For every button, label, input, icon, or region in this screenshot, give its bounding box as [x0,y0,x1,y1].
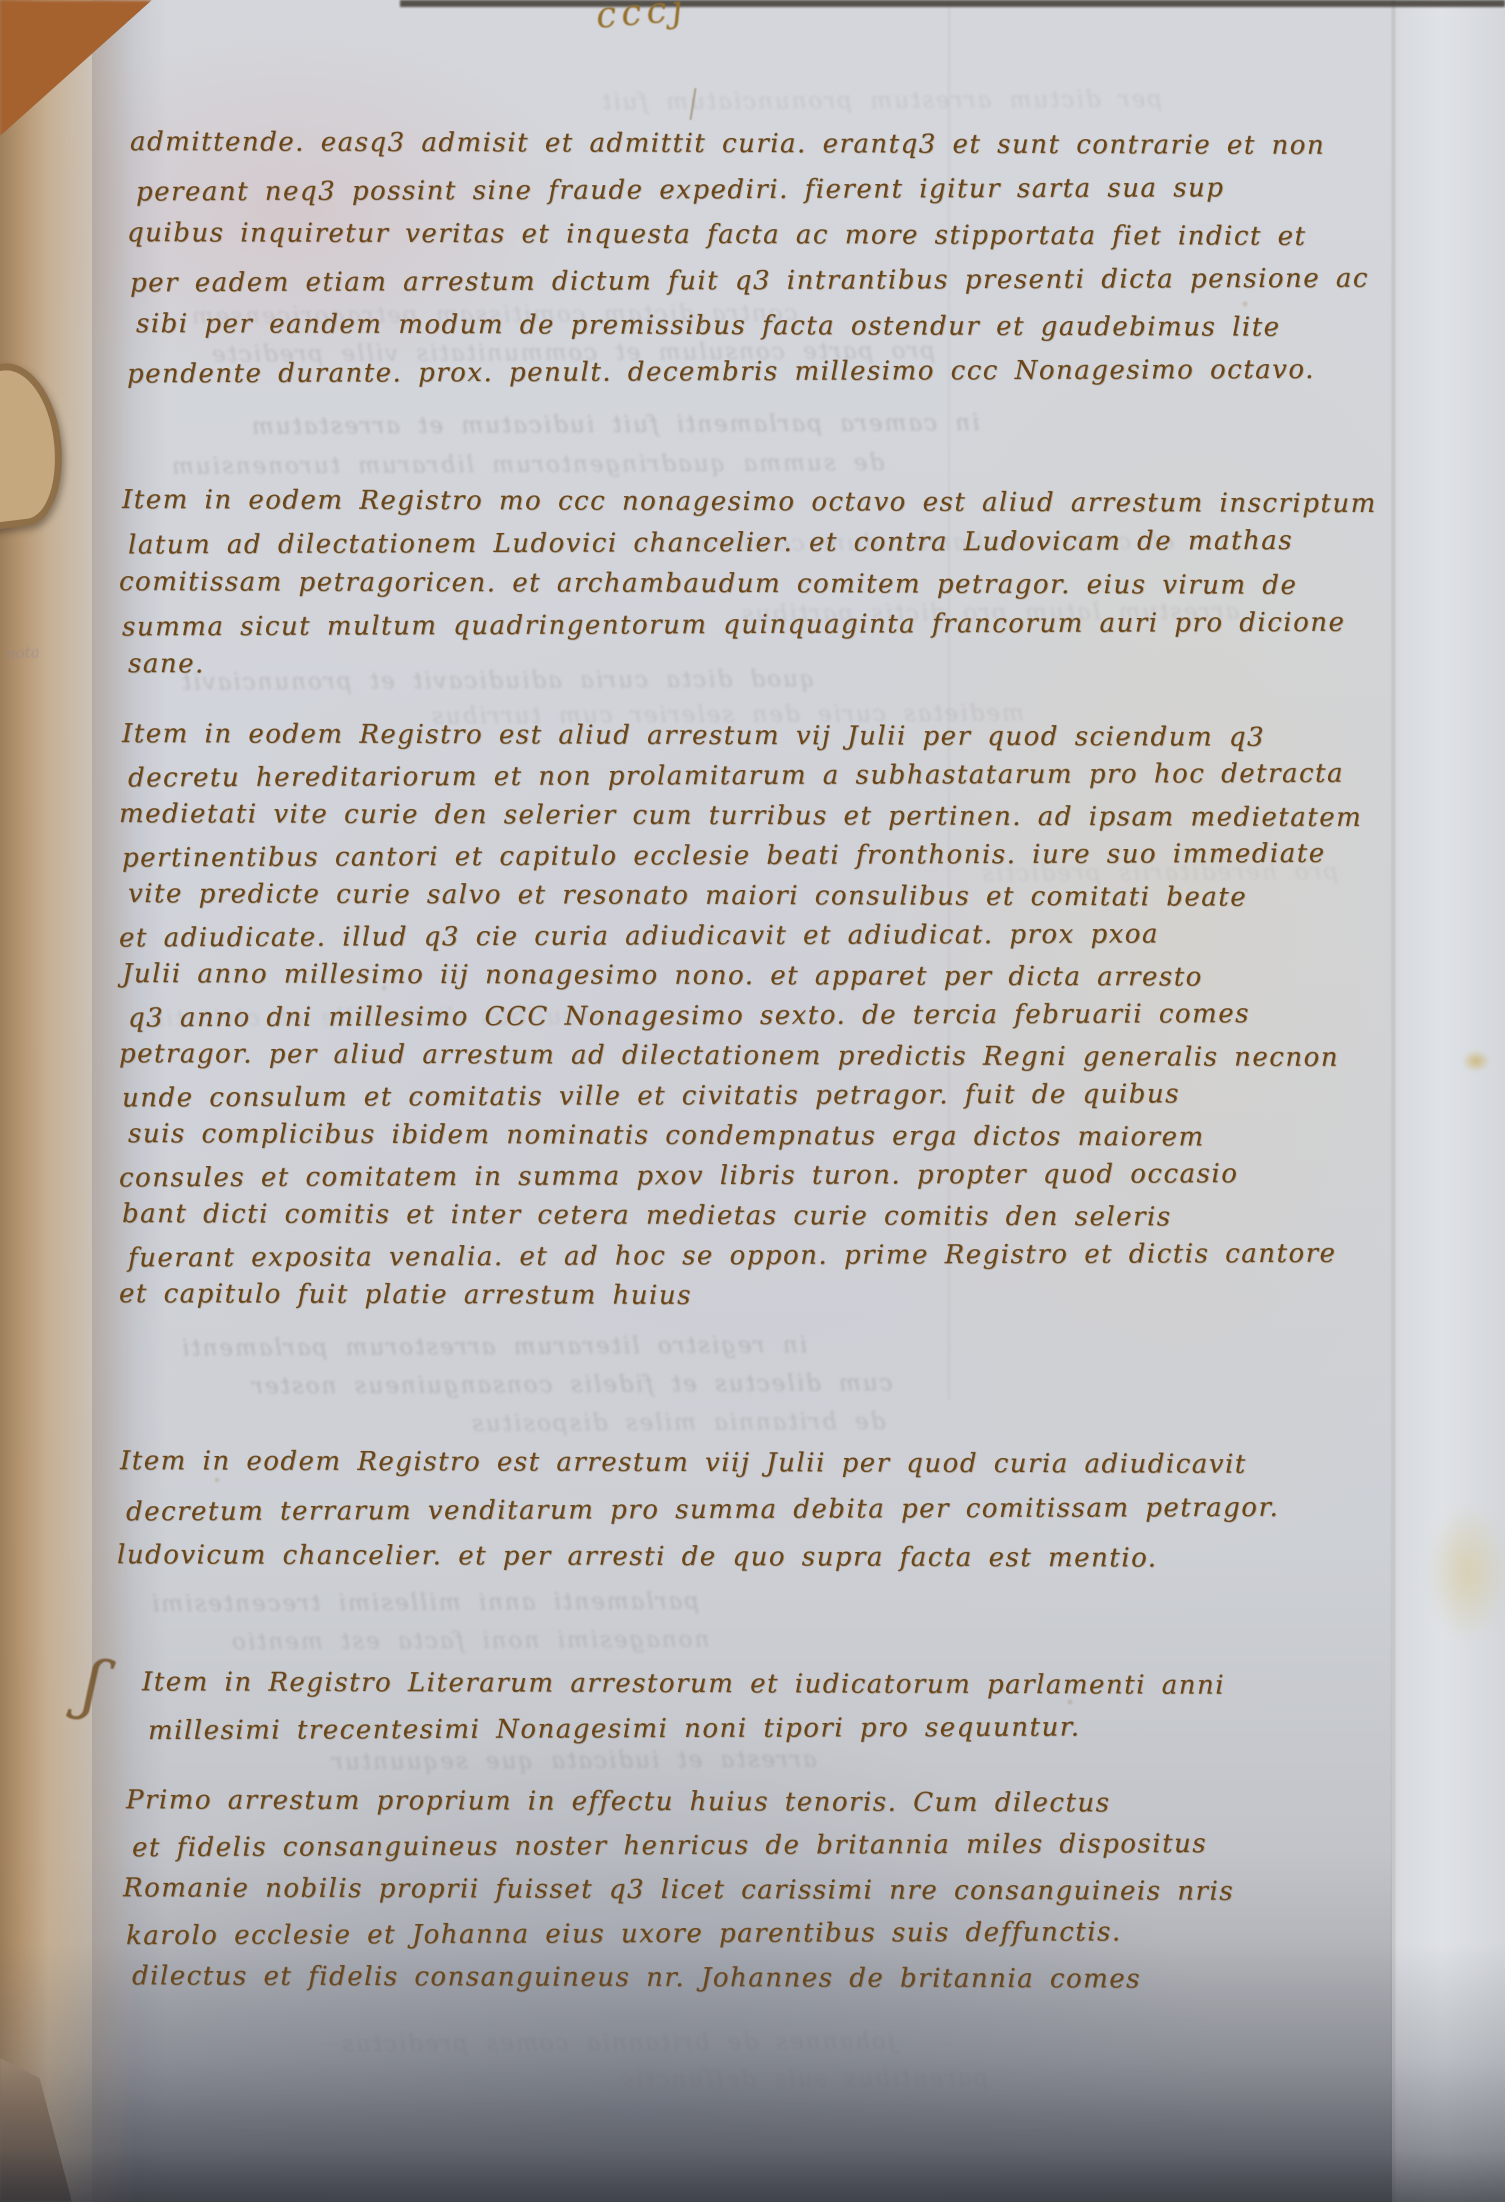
text-line: fuerant exposita venalia. et ad hoc se o… [128,1234,1362,1279]
paragraph: Item in Registro Literarum arrestorum et… [142,1662,1225,1752]
text-line: et adiudicate. illud q3 cie curia adiudi… [119,914,1362,959]
text-line: et capitulo fuit platie arrestum huius [119,1274,1362,1318]
text-line: pendente durante. prox. penult. decembri… [127,347,1369,397]
text-line: bant dicti comitis et inter cetera medie… [122,1194,1362,1238]
text-line: pertinentibus cantori et capitulo eccles… [122,834,1362,879]
text-line: sibi per eandem modum de premissibus fac… [136,302,1369,351]
text-line: consules et comitatem in summa pxov libr… [119,1154,1362,1199]
text-line: q3 anno dni millesimo CCC Nonagesimo sex… [128,994,1362,1039]
text-line: dilectus et fidelis consanguineus nr. Jo… [132,1954,1234,2001]
text-line: medietati vite curie den selerier cum tu… [119,794,1362,838]
text-block: admittende. easq3 admisit et admittit cu… [0,0,1505,2202]
paragraph: Item in eodem Registro est arrestum viij… [120,1440,1279,1581]
text-line: vite predicte curie salvo et resonato ma… [128,874,1362,918]
text-line: decretu hereditariorum et non prolamitar… [128,754,1362,799]
paper-stain-large [1428,1505,1505,1640]
text-line: ludovicum chancelier. et per arresti de … [117,1532,1279,1583]
text-line: Romanie nobilis proprii fuisset q3 licet… [123,1866,1234,1913]
text-line: unde consulum et comitatis ville et civi… [122,1074,1362,1119]
text-line: quibus inquiretur veritas et inquesta fa… [127,211,1369,260]
text-line: Item in eodem Registro mo ccc nonagesimo… [122,480,1377,525]
paragraph: Primo arrestum proprium in effectu huius… [126,1780,1234,2000]
text-line: et fidelis consanguineus noster henricus… [132,1822,1234,1870]
text-line: decretum terrarum venditarum pro summa d… [126,1485,1279,1536]
text-line: Julii anno millesimo iij nonagesimo nono… [122,954,1362,998]
text-line: petragor. per aliud arrestum ad dilectat… [119,1034,1362,1078]
ink-stain-small [1462,1050,1490,1072]
text-line: Primo arrestum proprium in effectu huius… [126,1778,1234,1825]
text-line: suis complicibus ibidem nominatis condem… [128,1114,1362,1158]
text-line: millesimi trecentesimi Nonagesimi noni t… [148,1705,1225,1754]
text-line: Item in eodem Registro est aliud arrestu… [122,714,1362,758]
text-line: comitissam petragoricen. et archambaudum… [119,562,1377,607]
text-line: admittende. easq3 admisit et admittit cu… [130,120,1369,169]
text-line: Item in Registro Literarum arrestorum et… [142,1660,1225,1708]
text-line: per eadem etiam arrestum dictum fuit q3 … [130,256,1369,306]
text-line: latum ad dilectationem Ludovici chanceli… [128,521,1377,567]
manuscript-page-photo: per dictum arrestum pronunciatum fuitcon… [0,0,1505,2202]
text-line: pereant neq3 possint sine fraude expedir… [136,165,1369,215]
paragraph: Item in eodem Registro mo ccc nonagesimo… [122,482,1377,687]
foxing-specks [0,0,4,4]
text-line: sane. [128,644,1377,689]
text-line: karolo ecclesie et Johanna eius uxore pa… [126,1910,1234,1958]
paragraph: admittende. easq3 admisit et admittit cu… [130,122,1369,395]
text-line: summa sicut multum quadringentorum quinq… [122,603,1377,649]
paragraph: Item in eodem Registro est aliud arrestu… [122,716,1362,1316]
text-line: Item in eodem Registro est arrestum viij… [120,1438,1279,1489]
